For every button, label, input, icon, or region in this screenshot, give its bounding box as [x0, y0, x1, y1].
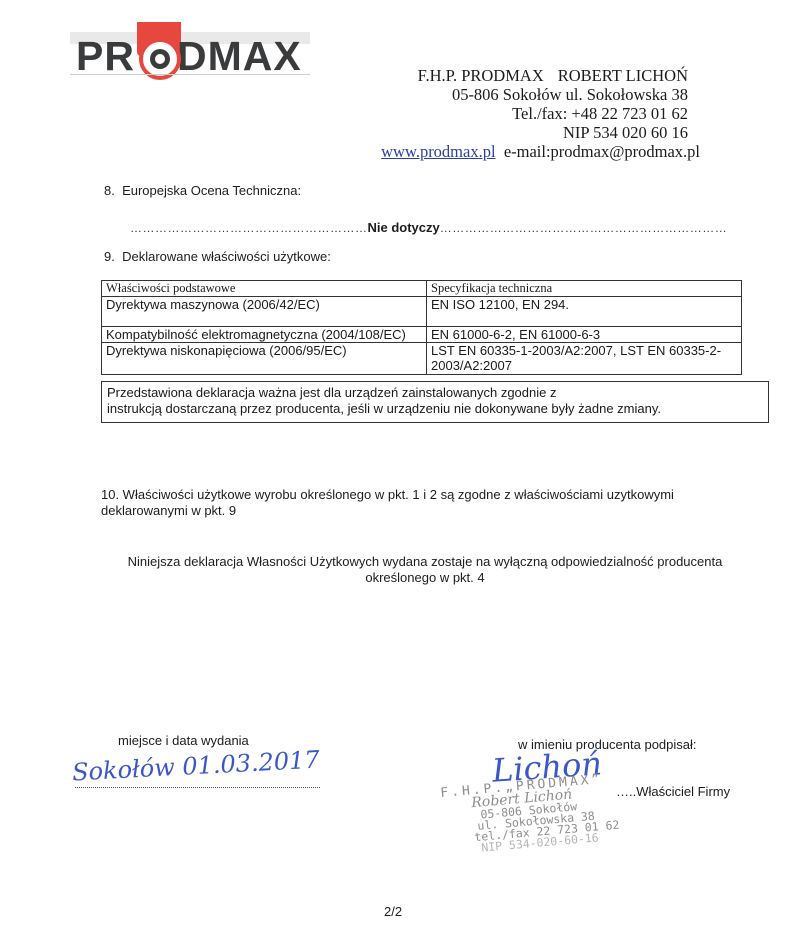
- dotted-leader: ……………………………………………………………: [440, 221, 728, 235]
- place-date-label: miejsce i data wydania: [118, 733, 249, 748]
- page-number: 2/2: [384, 904, 402, 919]
- section-10: 10. Właściwości użytkowe wyrobu określon…: [101, 487, 674, 519]
- section-8-heading: 8. Europejska Ocena Techniczna:: [104, 183, 301, 198]
- table-header-cell: Specyfikacja techniczna: [427, 281, 742, 297]
- section-9-heading: 9. Deklarowane właściwości użytkowe:: [104, 249, 331, 264]
- table-row: Kompatybilność elektromagnetyczna (2004/…: [102, 327, 742, 343]
- company-stamp: F.H.P.„PRODMAX” Robert Lichoń 05-806 Sok…: [440, 773, 621, 857]
- section-8-value: Nie dotyczy: [368, 220, 440, 235]
- logo-underline: [70, 74, 310, 75]
- handwritten-place-date: Sokołów 01.03.2017: [71, 746, 320, 787]
- place-date-dotted-line: [75, 787, 320, 788]
- table-cell-spec: LST EN 60335-1-2003/A2:2007, LST EN 6033…: [427, 343, 742, 375]
- company-nip: NIP 534 020 60 16: [369, 123, 688, 142]
- section-10-line: deklarowanymi w pkt. 9: [101, 503, 674, 519]
- signer-role: …..Właściciel Firmy: [616, 784, 730, 799]
- section-number: 9.: [104, 249, 115, 264]
- note-line: instrukcją dostarczaną przez producenta,…: [107, 401, 763, 417]
- company-email: e-mail:prodmax@prodmax.pl: [504, 142, 700, 161]
- company-phone: Tel./fax: +48 22 723 01 62: [369, 104, 688, 123]
- company-name: F.H.P. PRODMAX: [418, 66, 544, 85]
- company-logo: PRDMAX: [70, 22, 320, 78]
- table-header-row: Właściwości podstawowe Specyfikacja tech…: [102, 281, 742, 297]
- table-cell-spec: EN 61000-6-2, EN 61000-6-3: [427, 327, 742, 343]
- table-row: Dyrektywa maszynowa (2006/42/EC) EN ISO …: [102, 297, 742, 327]
- responsibility-statement: Niniejsza deklaracja Własności Użytkowyc…: [100, 554, 750, 586]
- section-8-value-line: …………………………………………………Nie dotyczy……………………………: [130, 220, 727, 235]
- section-10-line: 10. Właściwości użytkowe wyrobu określon…: [101, 487, 674, 503]
- table-cell-property: Kompatybilność elektromagnetyczna (2004/…: [102, 327, 427, 343]
- responsibility-line: Niniejsza deklaracja Własności Użytkowyc…: [100, 554, 750, 570]
- logo-text-left: PR: [76, 33, 135, 79]
- website-link[interactable]: www.prodmax.pl: [381, 142, 495, 161]
- dotted-leader: …………………………………………………: [130, 221, 368, 235]
- contact-row: www.prodmax.pl e-mail:prodmax@prodmax.pl: [381, 142, 700, 161]
- table-cell-property: Dyrektywa maszynowa (2006/42/EC): [102, 297, 427, 327]
- company-header: F.H.P. PRODMAXROBERT LICHOŃ 05-806 Sokoł…: [369, 66, 688, 161]
- logo-text: PRDMAX: [76, 34, 302, 78]
- section-number: 8.: [104, 183, 115, 198]
- table-cell-spec: EN ISO 12100, EN 294.: [427, 297, 742, 327]
- section-title: Deklarowane właściwości użytkowe:: [122, 249, 331, 264]
- responsibility-line: określonego w pkt. 4: [100, 570, 750, 586]
- section-title: Europejska Ocena Techniczna:: [122, 183, 301, 198]
- company-owner: ROBERT LICHOŃ: [558, 66, 688, 85]
- table-header-cell: Właściwości podstawowe: [102, 281, 427, 297]
- table-row: Dyrektywa niskonapięciowa (2006/95/EC) L…: [102, 343, 742, 375]
- logo-text-right: DMAX: [177, 33, 302, 79]
- validity-note: Przedstawiona deklaracja ważna jest dla …: [101, 381, 769, 423]
- properties-table: Właściwości podstawowe Specyfikacja tech…: [101, 280, 742, 375]
- note-line: Przedstawiona deklaracja ważna jest dla …: [107, 385, 763, 401]
- company-address: 05-806 Sokołów ul. Sokołowska 38: [369, 85, 688, 104]
- company-line-row: F.H.P. PRODMAXROBERT LICHOŃ: [369, 66, 688, 85]
- table-cell-property: Dyrektywa niskonapięciowa (2006/95/EC): [102, 343, 427, 375]
